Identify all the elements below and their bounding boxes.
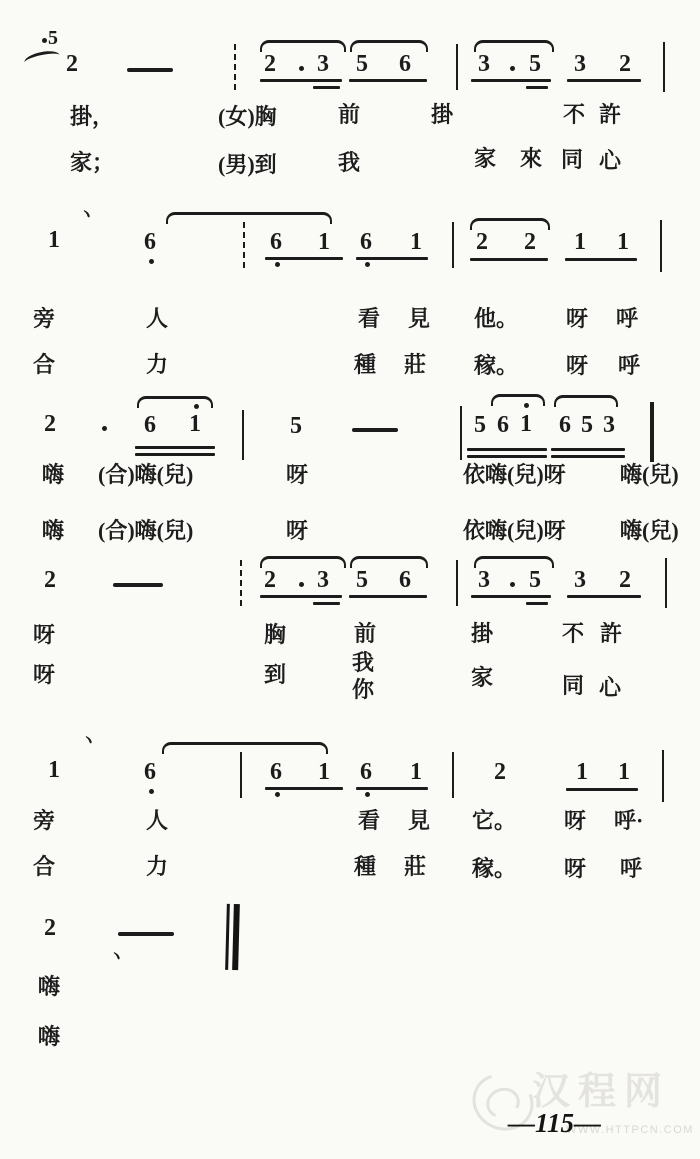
page-number: —115—: [508, 1108, 601, 1139]
double-barline-thin: [225, 904, 230, 970]
accent-mark: ヽ: [108, 948, 125, 965]
sheet-music-page: 5223563532掛，(女)胸前掛不許家；(男)到我家來同心166161221…: [0, 0, 700, 1159]
watermark-text: 汉程网: [532, 1072, 670, 1112]
double-barline: [225, 904, 240, 970]
dash-note: [118, 932, 174, 936]
system-6: 2嗨嗨ヽ: [0, 0, 700, 1159]
note-digit: 2: [44, 918, 56, 938]
lyric-text: 嗨: [38, 974, 60, 1000]
double-barline-thick: [232, 904, 240, 970]
lyric-text: 嗨: [38, 1024, 60, 1050]
